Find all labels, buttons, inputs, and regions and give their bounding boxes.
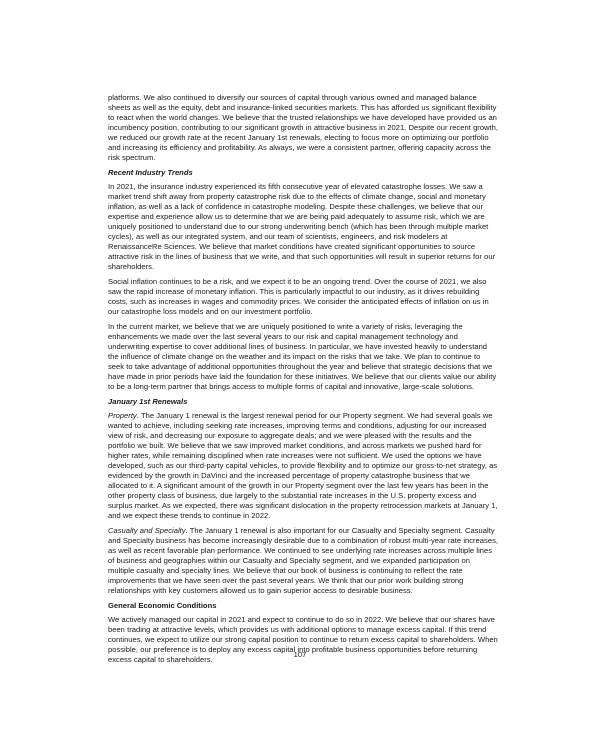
industry-trends-paragraph-3: In the current market, we believe that w… bbox=[108, 322, 498, 392]
property-lead: Property bbox=[108, 411, 137, 420]
property-paragraph: Property. The January 1 renewal is the l… bbox=[108, 411, 498, 522]
january-renewals-heading: January 1st Renewals bbox=[108, 397, 498, 407]
casualty-specialty-text: . The January 1 renewal is also importan… bbox=[108, 526, 498, 595]
intro-paragraph: platforms. We also continued to diversif… bbox=[108, 93, 498, 163]
page-number: 107 bbox=[0, 650, 600, 660]
industry-trends-paragraph-1: In 2021, the insurance industry experien… bbox=[108, 182, 498, 272]
industry-trends-paragraph-2: Social inflation continues to be a risk,… bbox=[108, 277, 498, 317]
document-page: platforms. We also continued to diversif… bbox=[108, 93, 498, 670]
general-economic-conditions-heading: General Economic Conditions bbox=[108, 601, 498, 611]
casualty-specialty-lead: Casualty and Specialty bbox=[108, 526, 186, 535]
recent-industry-trends-heading: Recent Industry Trends bbox=[108, 168, 498, 178]
casualty-specialty-paragraph: Casualty and Specialty. The January 1 re… bbox=[108, 526, 498, 596]
property-text: . The January 1 renewal is the largest r… bbox=[108, 411, 498, 520]
